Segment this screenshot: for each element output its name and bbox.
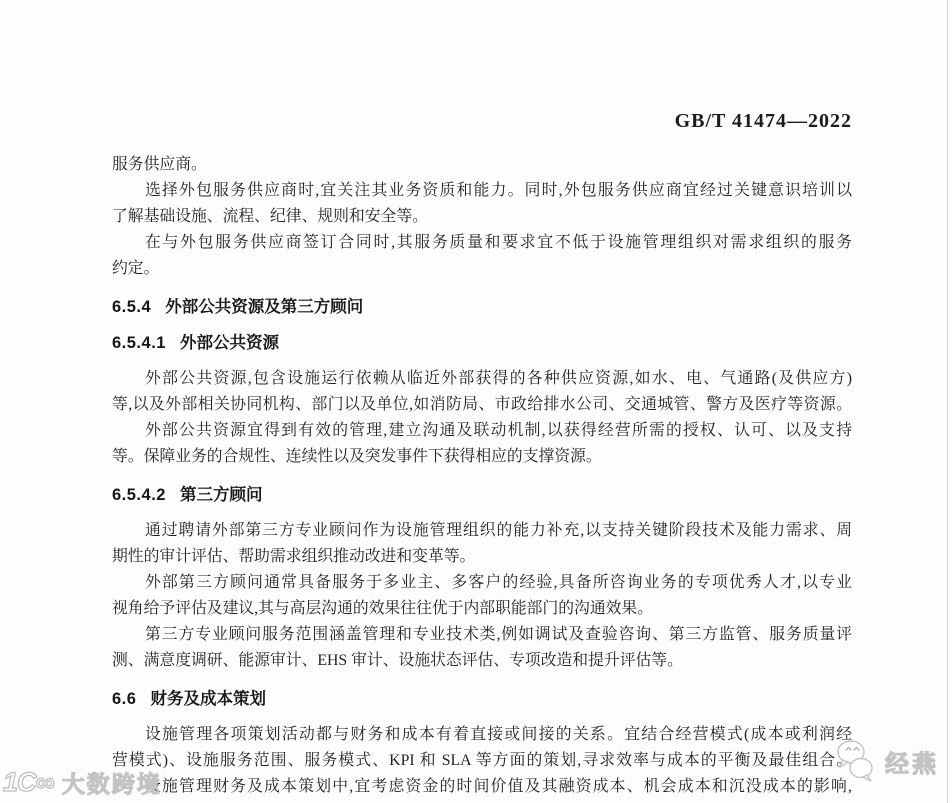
paragraph: 外部第三方顾问通常具备服务于多业主、多客户的经验,具备所咨询业务的专项优秀人才,… [112,570,852,622]
section-heading-6-5-4-2: 6.5.4.2第三方顾问 [112,484,852,506]
paragraph-line: 外部第三方顾问通常具备服务于多业主、多客户的经验,具备所咨询业务的专项优秀人才,… [112,570,852,596]
section-title: 财务及成本策划 [150,690,266,708]
paragraph-line: 约定。 [112,256,852,282]
section-number: 6.6 [112,690,136,708]
paragraph-line: 营模式)、设施服务范围、服务模式、KPI 和 SLA 等方面的策划,寻求效率与成… [112,748,852,774]
paragraph: 外部公共资源宜得到有效的管理,建立沟通及联动机制,以获得经营所需的授权、认可、以… [112,418,852,470]
paragraph: 通过聘请外部第三方专业顾问作为设施管理组织的能力补充,以支持关键阶段技术及能力需… [112,518,852,570]
paragraph: 第三方专业顾问服务范围涵盖管理和专业技术类,例如调试及查验咨询、第三方监管、服务… [112,622,852,674]
paragraph-line: 了解基础设施、流程、纪律、规则和安全等。 [112,204,852,230]
paragraph-line: 等,以及外部相关协同机构、部门以及单位,如消防局、市政给排水公司、交通城管、警方… [112,392,852,418]
section-number: 6.5.4.2 [112,486,166,504]
section-number: 6.5.4 [112,298,151,316]
section-heading-6-5-4-1: 6.5.4.1外部公共资源 [112,332,852,354]
section-heading-6-5-4: 6.5.4外部公共资源及第三方顾问 [112,296,852,318]
section-title: 第三方顾问 [180,486,263,504]
paragraph-line: 设施管理财务及成本策划中,宜考虑资金的时间价值及其融资成本、机会成本和沉没成本的… [112,774,852,800]
paragraph-line: 外部公共资源,包含设施运行依赖从临近外部获得的各种供应资源,如水、电、气通路(及… [112,366,852,392]
paragraph-line: 设施管理各项策划活动都与财务和成本有着直接或间接的关系。宜结合经营模式(成本或利… [112,722,852,748]
paragraph-line: 期性的审计评估、帮助需求组织推动改进和变革等。 [112,544,852,570]
paragraph-line: 测、满意度调研、能源审计、EHS 审计、设施状态评估、专项改造和提升评估等。 [112,648,852,674]
document-body: 服务供应商。 选择外包服务供应商时,宜关注其业务资质和能力。同时,外包服务供应商… [112,152,852,800]
paragraph-continuation-line: 服务供应商。 [112,152,852,178]
paragraph: 外部公共资源,包含设施运行依赖从临近外部获得的各种供应资源,如水、电、气通路(及… [112,366,852,418]
paragraph: 设施管理各项策划活动都与财务和成本有着直接或间接的关系。宜结合经营模式(成本或利… [112,722,852,774]
section-title: 外部公共资源及第三方顾问 [165,298,363,316]
scan-edge-line [947,0,948,803]
paragraph-line: 视角给予评估及建议,其与高层沟通的效果往往优于内部职能部门的沟通效果。 [112,596,852,622]
scanned-document-page: { "page": { "doc_number": "GB/T 41474—20… [0,0,952,803]
paragraph-line: 通过聘请外部第三方专业顾问作为设施管理组织的能力补充,以支持关键阶段技术及能力需… [112,518,852,544]
section-title: 外部公共资源 [180,334,279,352]
paragraph: 在与外包服务供应商签订合同时,其服务质量和要求宜不低于设施管理组织对需求组织的服… [112,230,852,282]
paragraph: 设施管理财务及成本策划中,宜考虑资金的时间价值及其融资成本、机会成本和沉没成本的… [112,774,852,800]
standard-number: GB/T 41474—2022 [675,110,852,133]
watermark-label: 经燕 [885,744,939,779]
paragraph: 选择外包服务供应商时,宜关注其业务资质和能力。同时,外包服务供应商宜经过关键意识… [112,178,852,230]
paragraph-line: 在与外包服务供应商签订合同时,其服务质量和要求宜不低于设施管理组织对需求组织的服… [112,230,852,256]
section-number: 6.5.4.1 [112,334,166,352]
paragraph-line: 等。保障业务的合规性、连续性以及突发事件下获得相应的支撑资源。 [112,444,852,470]
section-heading-6-6: 6.6财务及成本策划 [112,688,852,710]
paragraph-line: 外部公共资源宜得到有效的管理,建立沟通及联动机制,以获得经营所需的授权、认可、以… [112,418,852,444]
dashu-kuajing-logo-icon: 1C∞ [3,767,54,798]
paragraph-line: 选择外包服务供应商时,宜关注其业务资质和能力。同时,外包服务供应商宜经过关键意识… [112,178,852,204]
paragraph-line: 第三方专业顾问服务范围涵盖管理和专业技术类,例如调试及查验咨询、第三方监管、服务… [112,622,852,648]
